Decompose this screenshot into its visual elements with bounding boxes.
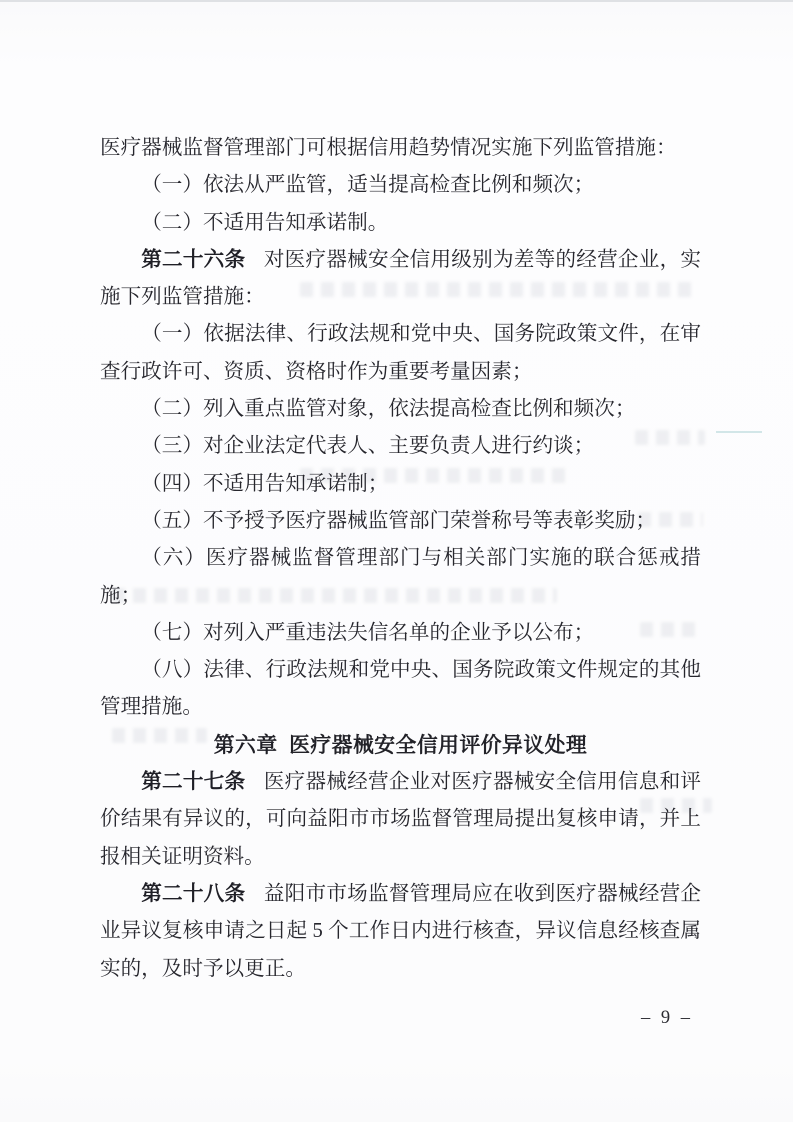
body-paragraph: （二）不适用告知承诺制。 xyxy=(100,205,701,242)
article-paragraph: 第二十八条益阳市市场监督管理局应在收到医疗器械经营企业异议复核申请之日起 5 个… xyxy=(100,876,701,988)
body-paragraph: （七）对列入严重违法失信名单的企业予以公布； xyxy=(100,615,701,652)
body-paragraph: （三）对企业法定代表人、主要负责人进行约谈； xyxy=(100,428,701,465)
article-number: 第二十六条 xyxy=(141,249,245,271)
body-paragraph: （八）法律、行政法规和党中央、国务院政策文件规定的其他管理措施。 xyxy=(100,652,701,727)
article-paragraph: 第二十六条对医疗器械安全信用级别为差等的经营企业，实施下列监管措施： xyxy=(100,242,701,317)
chapter-heading: 第六章医疗器械安全信用评价异议处理 xyxy=(100,727,701,764)
article-number: 第二十七条 xyxy=(141,771,245,793)
body-paragraph: （五）不予授予医疗器械监管部门荣誉称号等表彰奖励； xyxy=(100,503,701,540)
scanned-document-page: 医疗器械监督管理部门可根据信用趋势情况实施下列监管措施：（一）依法从严监管，适当… xyxy=(0,0,793,1122)
article-number: 第二十八条 xyxy=(141,883,245,905)
body-paragraph: （一）依法从严监管，适当提高检查比例和频次； xyxy=(100,167,701,204)
page-number: – 9 – xyxy=(641,1008,693,1029)
body-paragraph: （二）列入重点监管对象，依法提高检查比例和频次； xyxy=(100,391,701,428)
article-paragraph: 第二十七条医疗器械经营企业对医疗器械安全信用信息和评价结果有异议的，可向益阳市市… xyxy=(100,764,701,876)
body-paragraph: （四）不适用告知承诺制； xyxy=(100,466,701,503)
body-paragraph: （一）依据法律、行政法规和党中央、国务院政策文件，在审查行政许可、资质、资格时作… xyxy=(100,316,701,391)
scan-line-artifact xyxy=(716,431,762,433)
chapter-number: 第六章 xyxy=(214,734,278,757)
body-paragraph: 医疗器械监督管理部门可根据信用趋势情况实施下列监管措施： xyxy=(100,130,701,167)
body-paragraph: （六）医疗器械监督管理部门与相关部门实施的联合惩戒措施； xyxy=(100,540,701,615)
document-body: 医疗器械监督管理部门可根据信用趋势情况实施下列监管措施：（一）依法从严监管，适当… xyxy=(100,130,701,988)
